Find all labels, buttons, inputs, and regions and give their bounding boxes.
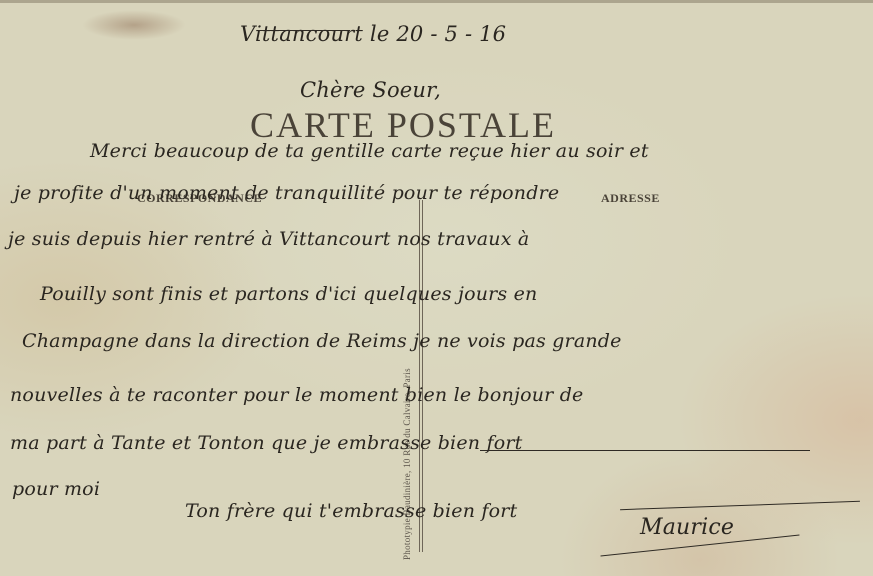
signature-flourish [620, 501, 860, 510]
letter-line: je profite d'un moment de tranquillité p… [14, 182, 559, 204]
signature: Maurice [640, 515, 734, 540]
letter-line: Merci beaucoup de ta gentille carte reçu… [90, 140, 649, 162]
letter-line: pour moi [12, 478, 100, 500]
t-bar-stroke [260, 30, 350, 31]
letter-line: nouvelles à te raconter pour le moment b… [10, 384, 584, 406]
card-edge [0, 0, 873, 3]
letter-line: ma part à Tante et Tonton que je embrass… [10, 432, 522, 454]
letter-closing: Ton frère qui t'embrasse bien fort [185, 500, 517, 522]
letter-line: Champagne dans la direction de Reims je … [22, 330, 622, 352]
letter-line: je suis depuis hier rentré à Vittancourt… [8, 228, 529, 250]
letter-line: Pouilly sont finis et partons d'ici quel… [40, 283, 538, 305]
letter-salutation: Chère Soeur, [300, 78, 441, 102]
letter-header: Vittancourt le 20 - 5 - 16 [240, 22, 506, 46]
postcard: CARTE POSTALE CORRESPONDANCE ADRESSE Pho… [0, 0, 873, 576]
adresse-label: ADRESSE [601, 191, 660, 206]
paper-stain [82, 10, 186, 40]
t-bar-stroke [480, 450, 810, 451]
